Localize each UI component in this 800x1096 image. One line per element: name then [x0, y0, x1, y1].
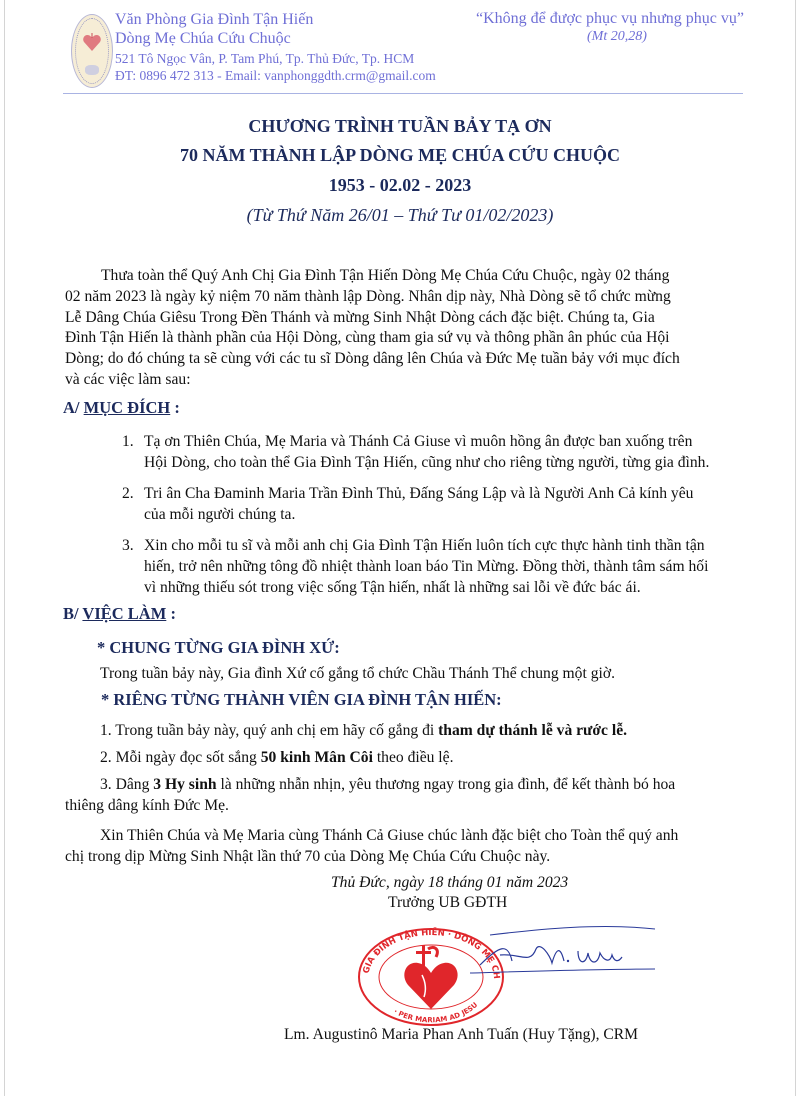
logo-base	[85, 65, 99, 75]
task-emphasis: 50 kinh Mân Côi	[261, 749, 373, 766]
member-task-3-cont: thiêng dâng kính Đức Mẹ.	[65, 796, 229, 817]
task-emphasis: 3 Hy sinh	[153, 776, 216, 793]
org-address: 521 Tô Ngọc Vân, P. Tam Phú, Tp. Thủ Đức…	[115, 50, 414, 67]
motto: “Không để được phục vụ nhưng phục vụ”	[475, 10, 745, 28]
purpose-item-number: 3.	[122, 536, 134, 557]
task-text: 3. Dâng	[100, 776, 153, 793]
section-b-heading: B/ VIỆC LÀM :	[63, 604, 176, 624]
purpose-item-line: Hội Dòng, cho toàn thể Gia Đình Tận Hiến…	[144, 453, 709, 474]
section-a-title: MỤC ĐÍCH	[84, 398, 171, 417]
purpose-item-line: Tạ ơn Thiên Chúa, Mẹ Maria và Thánh Cả G…	[144, 432, 692, 453]
section-b-prefix: B/	[63, 604, 82, 623]
org-congregation: Dòng Mẹ Chúa Cứu Chuộc	[115, 29, 291, 48]
section-a-heading: A/ MỤC ĐÍCH :	[63, 398, 180, 418]
purpose-item-number: 1.	[122, 432, 134, 453]
member-task-3: 3. Dâng 3 Hy sinh là những nhẫn nhịn, yê…	[100, 775, 675, 796]
signer-name: Lm. Augustinô Maria Phan Anh Tuấn (Huy T…	[284, 1026, 638, 1044]
org-name: Văn Phòng Gia Đình Tận Hiến	[115, 10, 313, 29]
task-emphasis: tham dự thánh lễ và rước lễ.	[438, 722, 627, 739]
organization-logo	[71, 14, 113, 88]
heart-emblem-icon	[82, 33, 102, 53]
purpose-item-line: Tri ân Cha Đaminh Maria Trần Đình Thủ, Đ…	[144, 484, 693, 505]
closing-line: Xin Thiên Chúa và Mẹ Maria cùng Thánh Cả…	[100, 826, 678, 847]
intro-line: 02 năm 2023 là ngày kỷ niệm 70 năm thành…	[65, 287, 671, 308]
header-divider	[63, 93, 743, 94]
document-page: Văn Phòng Gia Đình Tận Hiến Dòng Mẹ Chúa…	[4, 0, 796, 1096]
section-b-suffix: :	[166, 604, 176, 623]
intro-line: Dòng; do đó chúng ta sẽ cùng với các tu …	[65, 349, 680, 370]
purpose-item-line: của mỗi người chúng ta.	[144, 505, 295, 526]
purpose-item-line: Xin cho mỗi tu sĩ và mỗi anh chị Gia Đìn…	[144, 536, 705, 557]
section-a-suffix: :	[170, 398, 180, 417]
intro-line: Đình Tận Hiến là thành phần của Hội Dòng…	[65, 328, 670, 349]
parish-text: Trong tuần bảy này, Gia đình Xứ cố gắng …	[100, 664, 615, 685]
section-b-title: VIỆC LÀM	[82, 604, 166, 623]
closing-line: chị trong dịp Mừng Sinh Nhật lần thứ 70 …	[65, 847, 550, 868]
intro-line: Thưa toàn thể Quý Anh Chị Gia Đình Tận H…	[101, 266, 669, 287]
title-dates: (Từ Thứ Năm 26/01 – Thứ Tư 01/02/2023)	[5, 205, 795, 226]
intro-line: và các việc làm sau:	[65, 370, 191, 391]
section-a-prefix: A/	[63, 398, 84, 417]
signer-role: Trưởng UB GĐTH	[388, 894, 507, 912]
org-contact: ĐT: 0896 472 313 - Email: vanphonggdth.c…	[115, 67, 436, 84]
task-text: 1. Trong tuần bảy này, quý anh chị em hã…	[100, 722, 438, 739]
title-line-1: CHƯƠNG TRÌNH TUẦN BẢY TẠ ƠN	[5, 116, 795, 137]
purpose-item-line: hiến, trở nên những tông đồ nhiệt thành …	[144, 557, 708, 578]
intro-line: Lễ Dâng Chúa Giêsu Trong Đền Thánh và mừ…	[65, 308, 655, 329]
motto-reference: (Mt 20,28)	[587, 29, 647, 45]
place-date: Thủ Đức, ngày 18 tháng 01 năm 2023	[331, 874, 568, 892]
task-text: theo điều lệ.	[373, 749, 454, 766]
parish-subheading: * CHUNG TỪNG GIA ĐÌNH XỨ:	[97, 638, 340, 658]
purpose-item-line: vì những thiếu sót trong việc sống Tận h…	[144, 578, 641, 599]
members-subheading: * RIÊNG TỪNG THÀNH VIÊN GIA ĐÌNH TẬN HIẾ…	[101, 690, 502, 710]
handwritten-signature-icon	[460, 925, 660, 985]
title-years: 1953 - 02.02 - 2023	[5, 175, 795, 196]
title-line-2: 70 NĂM THÀNH LẬP DÒNG MẸ CHÚA CỨU CHUỘC	[5, 145, 795, 166]
task-text: là những nhẫn nhịn, yêu thương ngay tron…	[217, 776, 676, 793]
member-task-2: 2. Mỗi ngày đọc sốt sắng 50 kinh Mân Côi…	[100, 748, 453, 769]
task-text: 2. Mỗi ngày đọc sốt sắng	[100, 749, 261, 766]
member-task-1: 1. Trong tuần bảy này, quý anh chị em hã…	[100, 721, 627, 742]
purpose-item-number: 2.	[122, 484, 134, 505]
